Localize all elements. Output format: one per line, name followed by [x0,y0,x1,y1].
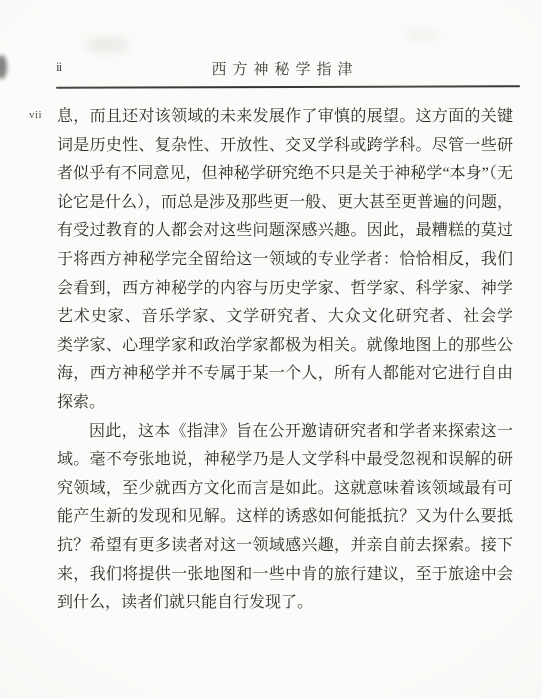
scan-noise-blob [406,30,440,39]
text-line: 因此，这本《指津》旨在公开邀请研究者和学者来探索这一领 [57,418,513,447]
text-line: 到什么，读者们就只能自行发现了。 [57,589,513,618]
text-line: 域。毫不夸张地说，神秘学乃是人文学科中最受忽视和误解的研 [57,446,513,475]
text-line: 息，而且还对该领域的未来发展作了审慎的展望。这方面的关键 [57,103,513,132]
text-line: 于将西方神秘学完全留给这一领域的专业学者：恰恰相反，我们将 [57,246,513,275]
text-line: 类学家、心理学家和政治学家都极为相关。就像地图上的那些公 [57,332,513,361]
scan-noise-blob [84,38,130,52]
text-line: 有受过教育的人都会对这些问题深感兴趣。因此，最糟糕的莫过 [57,217,513,246]
running-title: 西方神秘学指津 [57,58,513,79]
text-line: 海，西方神秘学并不专属于某一个人，所有人都能对它进行自由 [57,360,513,389]
text-line: 艺术史家、音乐学家、文学研究者、大众文化研究者、社会学家、人 [57,303,513,332]
scan-edge-smudge [0,55,7,79]
book-page-scan: ii 西方神秘学指津 vii 息，而且还对该领域的未来发展作了审慎的展望。这方面… [0,0,542,699]
text-line: 论它是什么），而总是涉及那些更一般、更大甚至更普遍的问题，所 [57,189,513,218]
margin-pagination-note: vii [29,109,42,121]
body-text: 息，而且还对该领域的未来发展作了审慎的展望。这方面的关键词是历史性、复杂性、开放… [57,103,513,618]
text-line: 词是历史性、复杂性、开放性、交叉学科或跨学科。尽管一些研究 [57,132,513,161]
header-rule [56,85,520,88]
text-line: 究领域，至少就西方文化而言是如此。这就意味着该领域最有可 [57,475,513,504]
text-line: 来，我们将提供一张地图和一些中肯的旅行建议，至于旅途中会碰 [57,561,513,590]
text-line: 探索。 [57,389,513,418]
text-line: 能产生新的发现和见解。这样的诱惑如何能抵抗？又为什么要抵 [57,503,513,532]
text-line: 会看到，西方神秘学的内容与历史学家、哲学家、科学家、神学家、 [57,275,513,304]
text-line: 抗？希望有更多读者对这一领域感兴趣，并亲自前去探索。接下 [57,532,513,561]
text-line: 者似乎有不同意见，但神秘学研究绝不只是关于神秘学“本身”（无 [57,160,513,189]
